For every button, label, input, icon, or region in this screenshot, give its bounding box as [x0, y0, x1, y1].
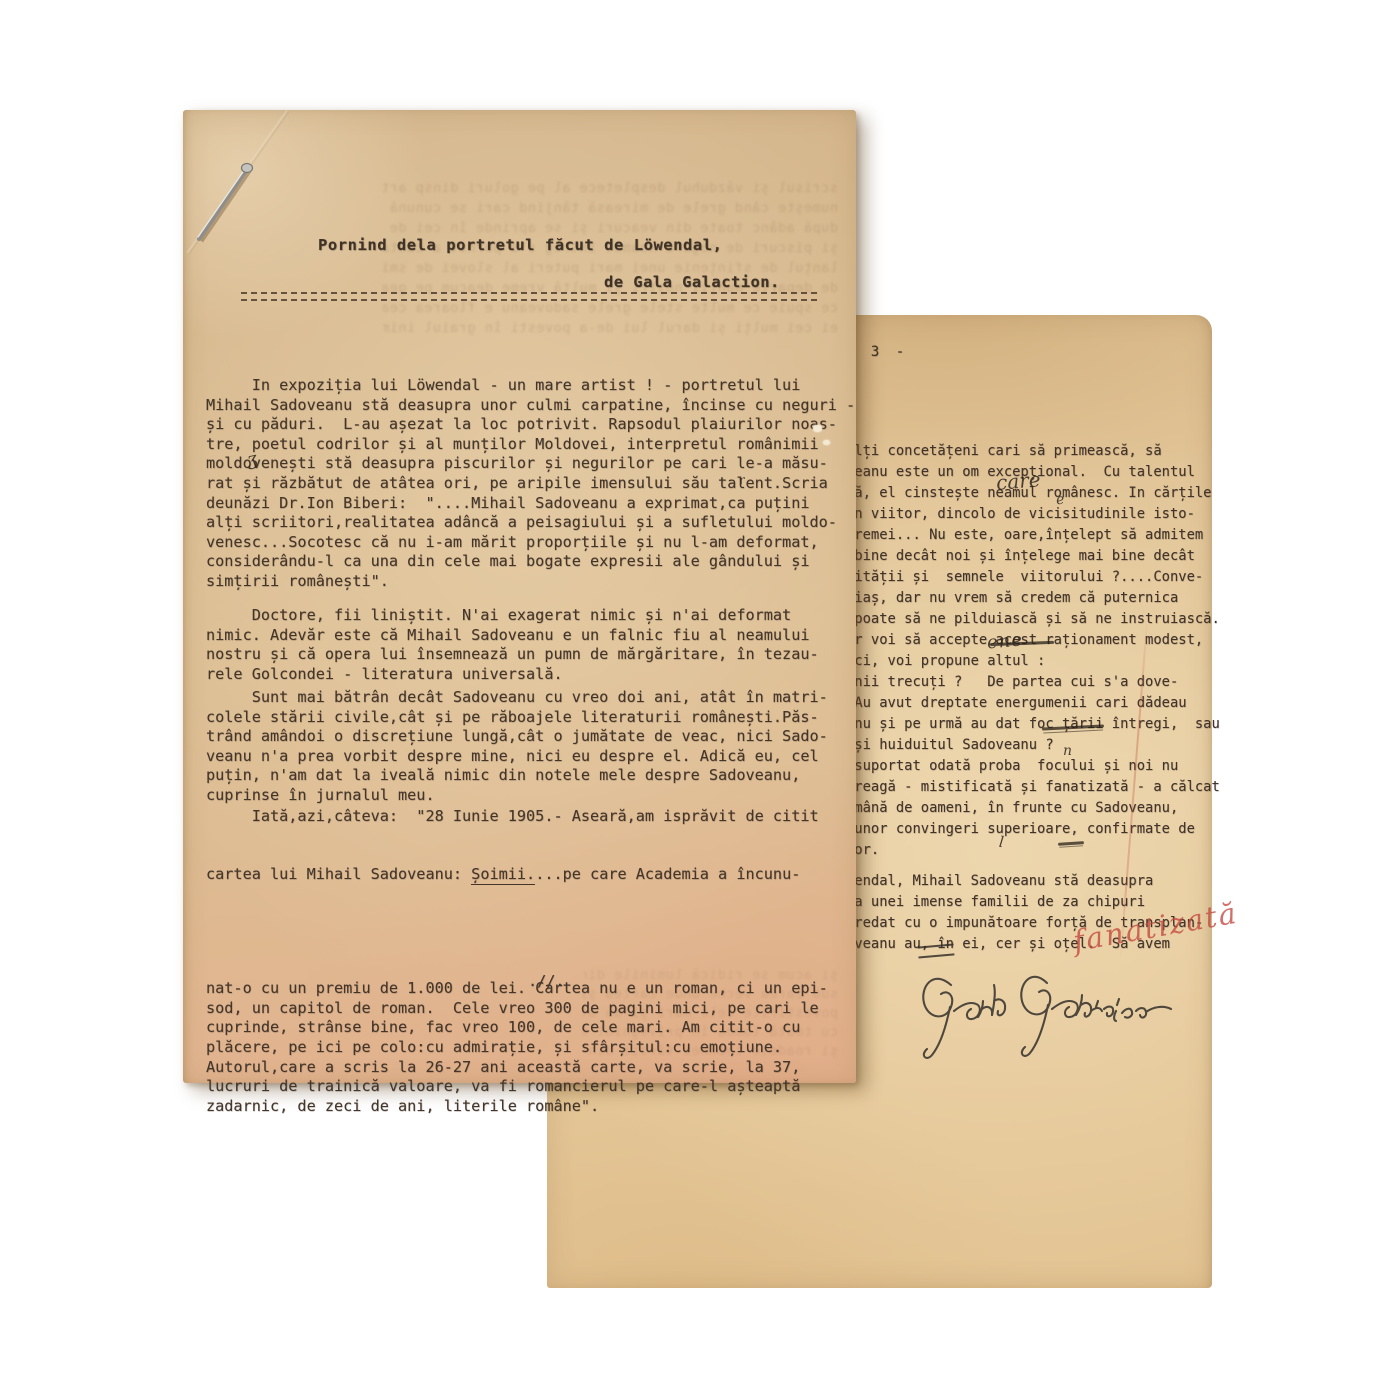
typed-line: și cu păduri. L-au așezat la loc potrivi… — [206, 415, 855, 435]
paragraph-4-rest: nat-o cu un premiu de 1.000 de lei. Cart… — [206, 922, 828, 1116]
ghost-line: după adânc toate din veacuri și se aprin… — [383, 218, 838, 238]
typed-line: plăcere, pe ici pe colo:cu admirație, și… — [206, 1038, 828, 1058]
typed-line: tre, poetul codrilor și al munților Mold… — [206, 435, 855, 455]
typed-line: și huiduitul Sadoveanu ? — [846, 735, 1220, 756]
paper-speck — [823, 440, 830, 445]
typed-line: colele stării civile,cât și pe răboajele… — [206, 708, 828, 728]
byline: de Gala Galaction. — [604, 273, 780, 291]
signature-gala-galaction — [917, 963, 1177, 1068]
scanned-documents: - 3 - alți concetățeni cari să primească… — [0, 0, 1400, 1399]
typed-line: suportat odată proba focului și noi nu — [846, 756, 1220, 777]
paper-speck — [813, 425, 822, 432]
typed-line: Au avut dreptate energumenii cari dădeau — [846, 693, 1220, 714]
typed-line: alți concetățeni cari să primească, să — [846, 441, 1220, 462]
manuscript-page-1: scrisul și văzduhul despletece al pe gol… — [183, 110, 856, 1083]
typed-line: riaș, dar nu vrem să credem că puternica — [846, 588, 1220, 609]
typed-line: treagă - mistificată și fanatizată - a c… — [846, 777, 1220, 798]
typed-line: wendal, Mihail Sadoveanu stă deasupra — [846, 871, 1203, 892]
typed-line: Autorul,care a scris la 26-27 ani aceast… — [206, 1058, 828, 1078]
typed-line: In expoziția lui Löwendal - un mare arti… — [206, 376, 855, 396]
typed-line-with-underlined-title: cartea lui Mihail Sadoveanu: Șoimii....p… — [206, 865, 828, 885]
typed-line: Doctore, fii liniștit. N'ai exagerat nim… — [206, 606, 819, 626]
typed-line: Iată,azi,câteva: "28 Iunie 1905.- Aseară… — [206, 807, 828, 827]
typed-line: nci, voi propune altul : — [846, 651, 1220, 672]
typed-line: bine decât noi și înțelege mai bine decâ… — [846, 546, 1220, 567]
typed-line: sod, un capitol de roman. Cele vreo 300 … — [206, 999, 828, 1019]
typed-line: Sunt mai bătrân decât Sadoveanu cu vreo … — [206, 688, 828, 708]
typed-line: cuprinde, strânse bine, fac vreo 100, de… — [206, 1018, 828, 1038]
underlined-book-title-soimii: Șoimii. — [471, 865, 535, 885]
document-title: Pornind dela portretul făcut de Löwendal… — [318, 236, 723, 254]
typed-line: vremei... Nu este, oare,înțelept să admi… — [846, 525, 1220, 546]
line-fragment: cartea lui Mihail Sadoveanu: — [206, 865, 471, 883]
typed-line: trând amândoi o discrețiune lungă,cât o … — [206, 727, 828, 747]
handwritten-insert-n: n — [1063, 743, 1072, 759]
typed-line: deunăzi Dr.Ion Biberi: "....Mihail Sadov… — [206, 494, 855, 514]
typed-line: Mihail Sadoveanu stă deasupra unor culmi… — [206, 396, 855, 416]
typed-lines-block-lower: wendal, Mihail Sadoveanu stă deasupra a … — [846, 814, 1203, 976]
typed-line: zadarnic, de zeci de ani, literile român… — [206, 1097, 828, 1117]
typed-line: poate să ne pilduiască și să ne instruia… — [846, 609, 1220, 630]
pin — [183, 145, 269, 255]
typed-line: lucruri de trainică valoare, va fi roman… — [206, 1077, 828, 1097]
typed-line: moldovenești stă deasupra piscurilor și … — [206, 454, 855, 474]
typed-line: veanu n'a prea vorbit despre mine, nici … — [206, 747, 828, 767]
handwritten-correction-care: care — [995, 467, 1041, 495]
typed-line: alți scriitori,realitatea adâncă a peisa… — [206, 513, 855, 533]
paragraph-4: Iată,azi,câteva: "28 Iunie 1905.- Aseară… — [206, 769, 828, 1154]
typed-line: or voi să accepte acest raționament mode… — [846, 630, 1220, 651]
typed-line: lității și semnele viitorului ?....Conve… — [846, 567, 1220, 588]
divider-rule — [241, 292, 817, 301]
ghost-line: numește când grele de mireasă tânjind ca… — [383, 198, 838, 218]
typed-line: nat-o cu un premiu de 1.000 de lei. Cart… — [206, 979, 828, 999]
ghost-line: scrisul și văzduhul despletece al pe gol… — [383, 178, 838, 198]
typed-line: anu și pe urmă au dat foc țării întregi,… — [846, 714, 1220, 735]
typed-line: anii trecuți ? De partea cui s'a dove- — [846, 672, 1220, 693]
end-mark: .//. — [528, 972, 565, 990]
typed-line: în viitor, dincolo de vicisitudinile ist… — [846, 504, 1220, 525]
bleed-through-text: scrisul și văzduhul despletece al pe gol… — [383, 178, 838, 338]
typed-lines-block-upper: alți concetățeni cari să primească, săve… — [846, 384, 1220, 861]
line-fragment: ...pe care Academia a încunu- — [535, 865, 800, 883]
handwritten-correction-ene: ene — [986, 629, 1024, 653]
typed-line: rat și răzbătut de atâtea ori, pe aripil… — [206, 474, 855, 494]
ghost-line: ce spuie ce multe stele grele sadoveanu … — [383, 298, 838, 318]
